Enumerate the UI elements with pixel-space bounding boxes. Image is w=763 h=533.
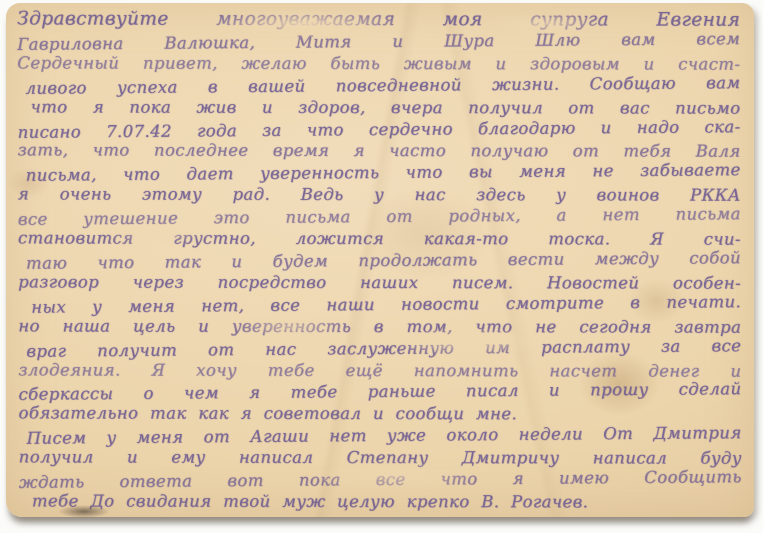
handwriting-line: я очень этому рад. Ведь у нас здесь у во… bbox=[18, 184, 741, 206]
handwriting-line: но наша цель и уверенность в том, что не… bbox=[18, 315, 741, 337]
handwriting-line: становится грустно, ложится какая-то тос… bbox=[18, 227, 741, 249]
handwriting-line: враг получит от нас заслуженную им распл… bbox=[18, 335, 741, 362]
handwriting-line: получил и ему написал Степану Дмитричу н… bbox=[19, 446, 742, 468]
handwriting-line: ливого успеха в вашей повседневной жизни… bbox=[17, 72, 740, 99]
handwriting-line: ждать ответа вот пока все что я имею Соо… bbox=[19, 466, 742, 493]
handwriting-line: обязательно так как я советовал и сообщи… bbox=[19, 403, 742, 425]
handwriting-line: злодеяния. Я хочу тебе ещё напомнить нас… bbox=[18, 359, 741, 381]
handwriting-line: ных у меня нет, все наши новости смотрит… bbox=[18, 291, 741, 318]
handwriting-line: разговор через посредство наших писем. Н… bbox=[18, 271, 741, 293]
handwriting-line: сберкассы о чем я тебе раньше писал и пр… bbox=[18, 379, 741, 406]
ink-blot-stain bbox=[58, 505, 110, 518]
handwriting-line: все утешение это письма от родных, а нет… bbox=[18, 203, 741, 230]
handwriting-line: Гавриловна Валюшка, Митя и Шура Шлю вам … bbox=[17, 28, 740, 55]
handwriting-line: письма, что дает уверенность что вы меня… bbox=[18, 160, 741, 187]
handwriting-line: Сердечный привет, желаю быть живым и здо… bbox=[17, 52, 740, 74]
handwriting-line: писано 7.07.42 года за что сердечно благ… bbox=[17, 116, 740, 143]
handwriting-line: что я пока жив и здоров, вчера получил о… bbox=[17, 96, 740, 118]
handwriting-line: Здравствуйте многоуважаемая моя супруга … bbox=[17, 8, 740, 30]
handwriting-line: таю что так и будем продолжать вести меж… bbox=[18, 247, 741, 274]
scanned-letter-image: Здравствуйте многоуважаемая моя супруга … bbox=[0, 0, 763, 533]
letter-paper: Здравствуйте многоуважаемая моя супруга … bbox=[6, 3, 754, 517]
handwriting-line: Писем у меня от Агаши нет уже около неде… bbox=[19, 422, 742, 449]
handwriting-line: тебе До свидания твой муж целую крепко В… bbox=[19, 490, 742, 512]
handwriting-line: зать, что последнее время я часто получа… bbox=[18, 140, 741, 162]
handwritten-text-block: Здравствуйте многоуважаемая моя супруга … bbox=[17, 8, 742, 514]
